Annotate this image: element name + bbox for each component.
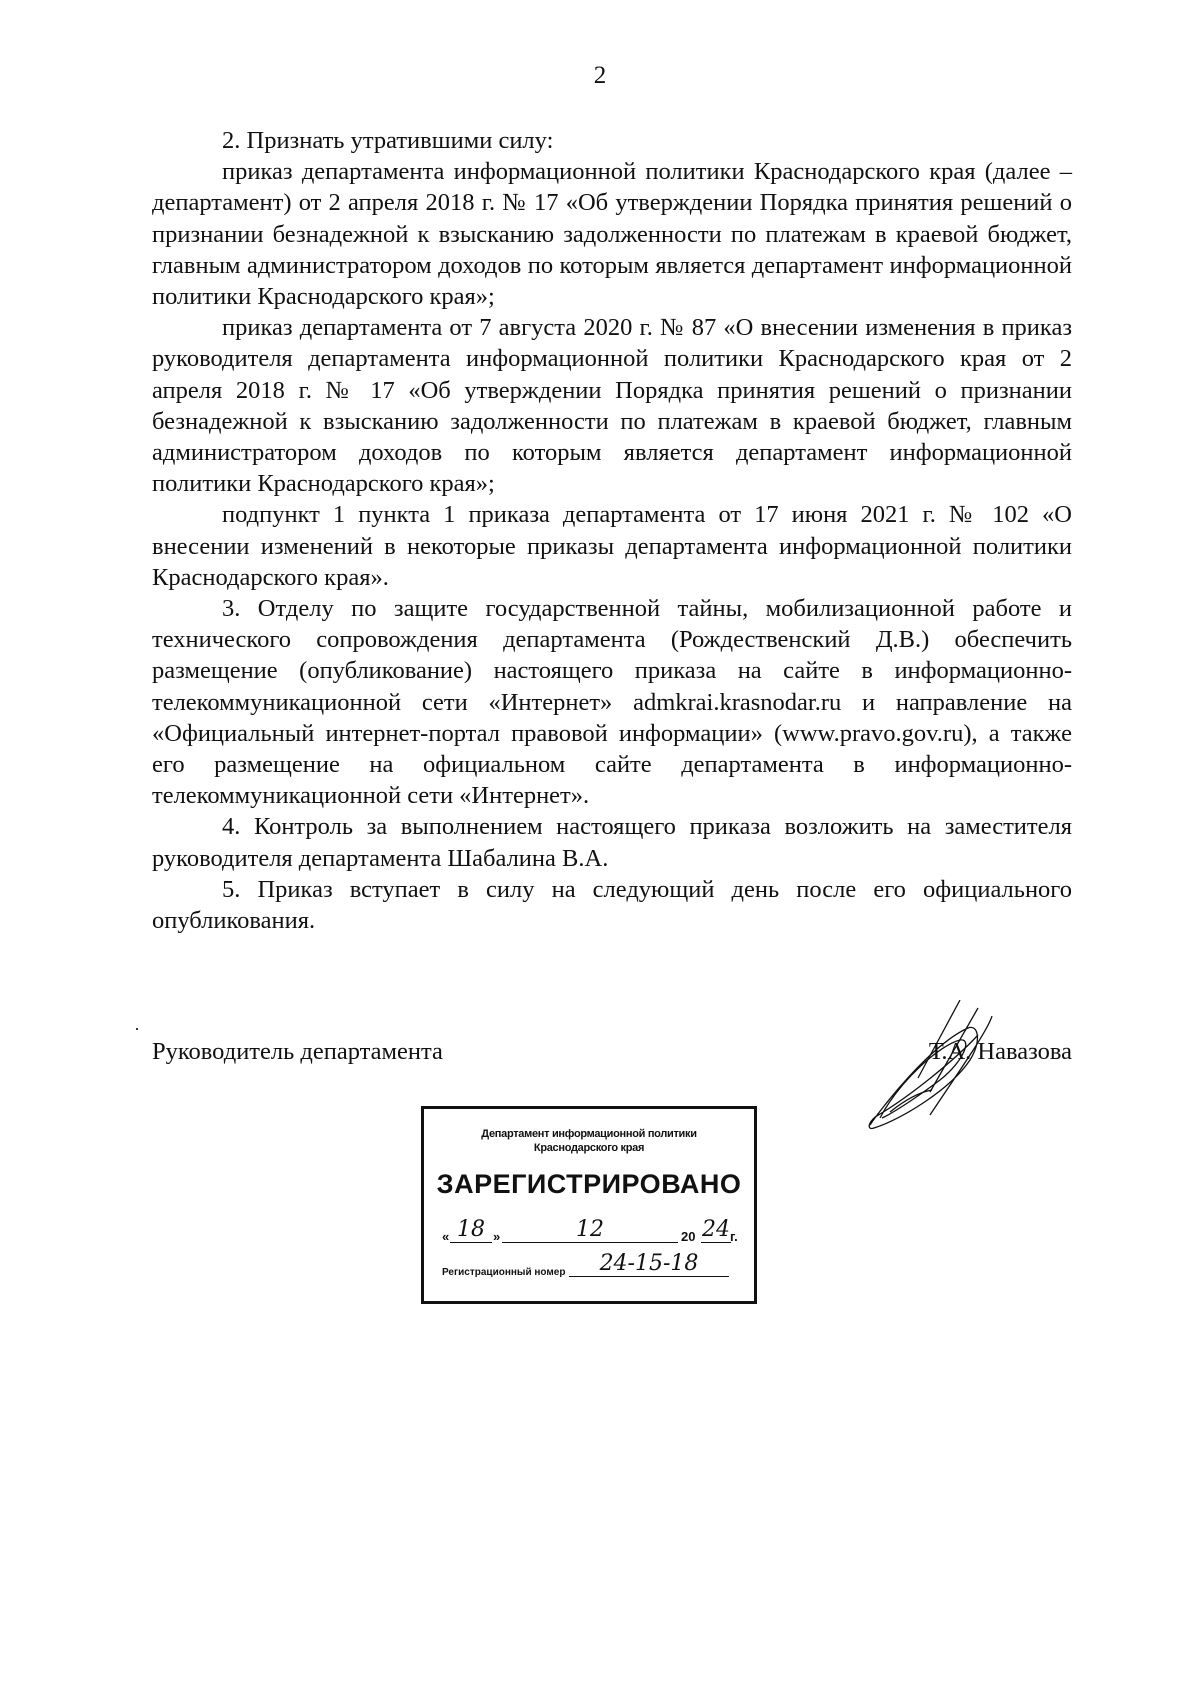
stamp-title: ЗАРЕГИСТРИРОВАНО (424, 1169, 754, 1200)
paragraph-repealed-order-1: приказ департамента информационной полит… (152, 156, 1072, 312)
paragraph-repealed-order-2: приказ департамента от 7 августа 2020 г.… (152, 312, 1072, 499)
stamp-year: 24 (701, 1217, 731, 1243)
stamp-day: 18 (450, 1217, 492, 1243)
document-body: 2. Признать утратившими силу: приказ деп… (152, 125, 1072, 936)
registration-stamp: Департамент информационной политики Крас… (421, 1106, 757, 1304)
stamp-quote-close: » (493, 1229, 500, 1244)
stamp-organization: Департамент информационной политики Крас… (424, 1127, 754, 1155)
stamp-quote-open: « (442, 1229, 449, 1244)
stamp-year-suffix: г. (730, 1229, 738, 1244)
scan-speck (136, 1028, 138, 1030)
paragraph-item-5: 5. Приказ вступает в силу на следующий д… (152, 874, 1072, 936)
stamp-org-line2: Краснодарского края (424, 1141, 754, 1155)
stamp-registration: Регистрационный номер 24-15-18 (424, 1250, 754, 1284)
stamp-year-prefix: 20 (681, 1229, 695, 1244)
page-number: 2 (0, 62, 1200, 90)
paragraph-item-2-heading: 2. Признать утратившими силу: (152, 125, 1072, 156)
handwritten-signature-icon (860, 1000, 1010, 1135)
paragraph-item-4: 4. Контроль за выполнением настоящего пр… (152, 811, 1072, 873)
stamp-org-line1: Департамент информационной политики (424, 1127, 754, 1141)
stamp-date: « 18 » 12 20 24 г. (424, 1208, 754, 1250)
stamp-reg-number: 24-15-18 (569, 1251, 729, 1277)
stamp-reg-label: Регистрационный номер (442, 1267, 565, 1278)
stamp-month: 12 (502, 1217, 678, 1243)
paragraph-item-3: 3. Отделу по защите государственной тайн… (152, 593, 1072, 811)
signer-role: Руководитель департамента (152, 1038, 443, 1066)
paragraph-repealed-order-3: подпункт 1 пункта 1 приказа департамента… (152, 499, 1072, 593)
